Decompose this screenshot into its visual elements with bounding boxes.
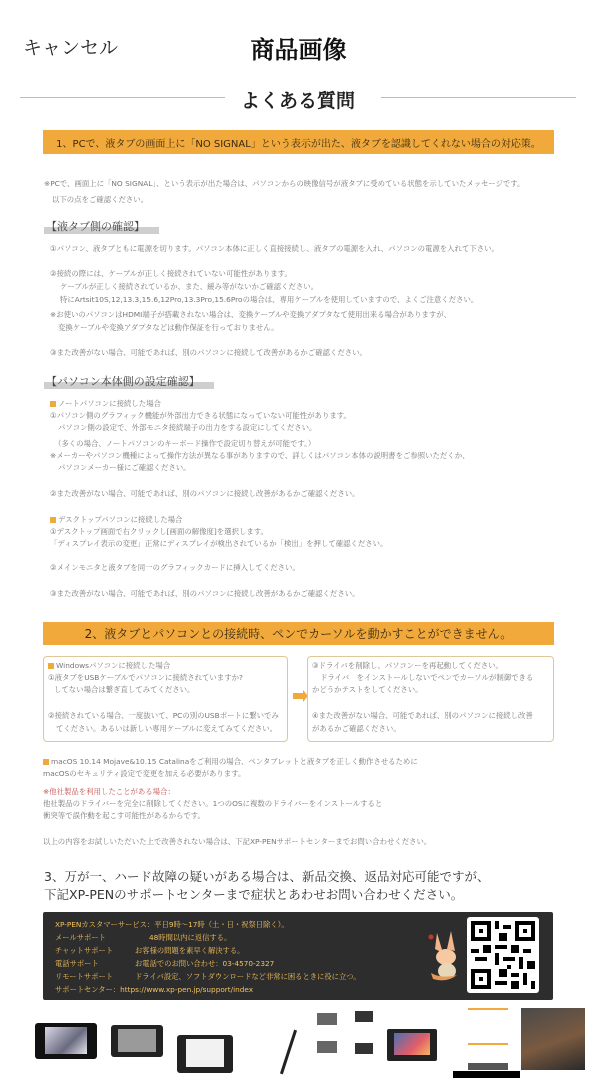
square-bullet-icon [43, 759, 49, 765]
square-bullet-icon [50, 517, 56, 523]
fox-mascot-icon [427, 929, 463, 983]
support-key: チャットサポート [55, 946, 135, 956]
text-line: ①パソコン側のグラフィック機能が外部出力できる状態になっていない可能性があります… [50, 410, 351, 422]
other-brand-warning: ※他社製品を利用したことがある場合： [43, 786, 175, 798]
arrow-right-icon [293, 693, 303, 699]
support-key: サポートセンター：https://www.xp-pen.jp/support/i… [55, 985, 253, 995]
pen-image [280, 1030, 297, 1075]
accent-line [468, 1008, 508, 1010]
support-value: お電話でのお問い合わせ：03-4570-2327 [135, 959, 274, 968]
selected-thumbnail-indicator [453, 1071, 520, 1078]
thumbnail-strip [0, 1005, 597, 1080]
tablet-image [355, 1011, 373, 1022]
subsection-laptop: ノートパソコンに接続した場合 [50, 398, 161, 410]
support-key: XP-PENカスタマーサービス：平日9時〜17時（土・日・祝祭日除く）。 [55, 920, 289, 930]
thumbnail-faq-page[interactable] [463, 1005, 517, 1075]
text-line: ②接続の際には、ケーブルが正しく接続されていない可能性があります。 [50, 268, 292, 280]
text-line: ③また改善がない場合、可能であれば、別のパソコンに接続し改善があるかご確認くださ… [50, 588, 360, 600]
support-key: メールサポート [55, 933, 135, 943]
driver-steps-box: ③ドライバを削除し、パソコンーを再起動してください。 ドライバ をインストールし… [307, 656, 554, 742]
support-key: リモートサポート [55, 972, 135, 982]
question-1-banner: 1、PCで、液タブの画面上に「NO SIGNAL」という表示が出た、液タブを認識… [43, 130, 554, 154]
thumbnail-drawing-demo[interactable] [173, 1005, 239, 1075]
text-line: ②また改善がない場合、可能であれば、別のパソコンに接続し改善があるかご確認くださ… [50, 488, 360, 500]
tablet-image [387, 1029, 437, 1061]
question-3: 3、万が一、ハード故障の疑いがある場合は、新品交換、返品対応可能ですが、 下記X… [44, 868, 489, 904]
text-line: 他社製品のドライバーを完全に削除してください。1つのOSに複数のドライバーをイン… [43, 798, 382, 810]
qr-code[interactable] [467, 917, 539, 993]
support-row: チャットサポートお客様の問題を素早く解決する。 [55, 946, 244, 956]
laptop-image [317, 1041, 337, 1053]
text-line: があるかご確認ください。 [312, 723, 401, 735]
tablet-screen [394, 1033, 430, 1055]
section-title-pc-check: 【パソコン本体側の設定確認】 [44, 373, 214, 389]
text-line: ※お使いのパソコンはHDMI端子が搭載されない場合は、変換ケーブルや変換アダプタ… [50, 309, 451, 321]
photo-image [521, 1008, 585, 1070]
support-row: XP-PENカスタマーサービス：平日9時〜17時（土・日・祝祭日除く）。 [55, 920, 289, 930]
text-line: ①パソコン、液タブともに電源を切ります。パソコン本体に正しく直接接続し、液タブの… [50, 243, 499, 255]
text-line: パソコン側の設定で、外部モニタ接続端子の出力をする設定にしてください。 [58, 422, 316, 434]
text-line: ①デスクトップ画面で右クリックし[画面の解像度]を選択します。 [50, 526, 268, 538]
tablet-screen [45, 1027, 87, 1054]
box-label: Windowsパソコンに接続した場合 [48, 660, 170, 672]
support-row: 電話サポートお電話でのお問い合わせ：03-4570-2327 [55, 959, 274, 969]
text-line: macOSのセキュリティ設定で変更を加える必要があります。 [43, 768, 245, 780]
page-title: 商品画像 [0, 30, 597, 65]
subsection-label: デスクトップパソコンに接続した場合 [58, 515, 182, 524]
thumbnail-tablet-dimensions[interactable] [103, 1005, 169, 1075]
subsection-label: ノートパソコンに接続した場合 [58, 399, 161, 408]
support-key: 電話サポート [55, 959, 135, 969]
q3-line: 3、万が一、ハード故障の疑いがある場合は、新品交換、返品対応可能ですが、 [44, 868, 489, 886]
support-value: お客様の問題を素早く解決する。 [135, 946, 244, 955]
mac-note: macOS 10.14 Mojave&10.15 Catalinaをご利用の場合… [43, 756, 418, 768]
text-line: してない場合は繋ぎ直してみてください。 [54, 684, 194, 696]
text-line: てください。あるいは新しい専用ケーブルに変えてみてください。 [56, 723, 277, 735]
windows-steps-box: Windowsパソコンに接続した場合 ①液タブをUSBケーブルでパソコンに接続さ… [43, 656, 288, 742]
tablet-screen [118, 1029, 156, 1052]
question-2-banner: 2、液タブとパソコンとの接続時、ペンでカーソルを動かすことができません。 [43, 622, 554, 645]
mac-note-text: macOS 10.14 Mojave&10.15 Catalinaをご利用の場合… [51, 757, 418, 766]
dark-block [468, 1063, 508, 1070]
thumbnail-color-display[interactable] [383, 1005, 449, 1075]
text-line: 「ディスプレイ表示の変更」正常にディスプレイが検出されているか「検出」を押して確… [50, 538, 387, 550]
section-title-tablet-check: 【液タブ側の確認】 [44, 218, 159, 234]
top-bar: キャンセル 商品画像 [0, 0, 597, 90]
support-value: ドライバ設定、ソフトダウンロードなど非常に困るときに役に立つ。 [135, 972, 361, 981]
accent-line [468, 1043, 508, 1045]
tablet-image [177, 1035, 233, 1073]
text-line: 衝突等で誤作動を起こす可能性があるからです。 [43, 810, 205, 822]
laptop-image [317, 1013, 337, 1025]
square-bullet-icon [48, 663, 54, 669]
support-value: 48時間以内に返信する。 [149, 933, 231, 942]
q1-intro-line: ※PCで、画面上に「NO SIGNAL」、という表示が出た場合は、パソコンからの… [44, 178, 524, 190]
thumbnail-usage-photo[interactable] [521, 1005, 587, 1075]
text-line: ドライバ をインストールしないでペンでカーソルが制御できる [320, 672, 533, 684]
text-line: （多くの場合、ノートパソコンのキーボード操作で設定切り替えが可能です。） [54, 438, 315, 450]
thumbnail-pen-features[interactable] [243, 1005, 309, 1075]
text-line: パソコンメーカー様にご確認ください。 [58, 462, 191, 474]
subsection-desktop: デスクトップパソコンに接続した場合 [50, 514, 182, 526]
tablet-image [35, 1023, 97, 1059]
text-line: ②メインモニタと液タブを同一のグラフィックカードに挿入してください。 [50, 562, 300, 574]
text-line: ④また改善がない場合、可能であれば、別のパソコンに接続し改善 [312, 710, 533, 722]
text-line: ②接続されている場合、一度抜いて、PCの別のUSBポートに繋いでみ [48, 710, 279, 722]
faq-heading-label: よくある質問 [20, 86, 576, 113]
square-bullet-icon [50, 401, 56, 407]
tablet-image [355, 1043, 373, 1054]
text-line: ケーブルが正しく接続されているか、また、緩み等がないかご確認ください。 [60, 281, 318, 293]
text-line: ③ドライバを削除し、パソコンーを再起動してください。 [312, 660, 503, 672]
support-url: サポートセンター：https://www.xp-pen.jp/support/i… [55, 985, 253, 995]
text-line: ※メーカーやパソコン機種によって操作方法が異なる事がありますので、詳しくはパソコ… [50, 450, 469, 462]
thumbnail-connection-diagram[interactable] [313, 1005, 379, 1075]
q3-line: 下記XP-PENのサポートセンターまで症状とあわせお問い合わせください。 [44, 886, 489, 904]
text-line: 特にArtsit10S,12,13.3,15.6,12Pro,13.3Pro,1… [60, 294, 478, 306]
box-label-text: Windowsパソコンに接続した場合 [56, 661, 170, 670]
text-line: ①液タブをUSBケーブルでパソコンに接続されていますか? [48, 672, 243, 684]
text-line: ③また改善がない場合、可能であれば、別のパソコンに接続して改善があるかご確認くだ… [50, 347, 367, 359]
q1-intro-line: 以下の点をご確認ください。 [52, 194, 148, 206]
text-line: かどうかテストをしてください。 [312, 684, 423, 696]
thumbnail-tablet-front[interactable] [33, 1005, 99, 1075]
faq-heading: よくある質問 [20, 86, 576, 112]
tablet-image [111, 1025, 163, 1057]
support-row: リモートサポートドライバ設定、ソフトダウンロードなど非常に困るときに役に立つ。 [55, 972, 361, 982]
qr-code-icon [471, 921, 535, 989]
tablet-screen [186, 1039, 224, 1067]
closing-line: 以上の内容をお試しいただいた上で改善されない場合は、下記XP-PENサポートセン… [43, 836, 431, 848]
support-row: メールサポート48時間以内に返信する。 [55, 933, 231, 943]
text-line: 変換ケーブルや変換アダプタなどは動作保証を行っておりません。 [58, 322, 278, 334]
divider-line [381, 97, 576, 98]
